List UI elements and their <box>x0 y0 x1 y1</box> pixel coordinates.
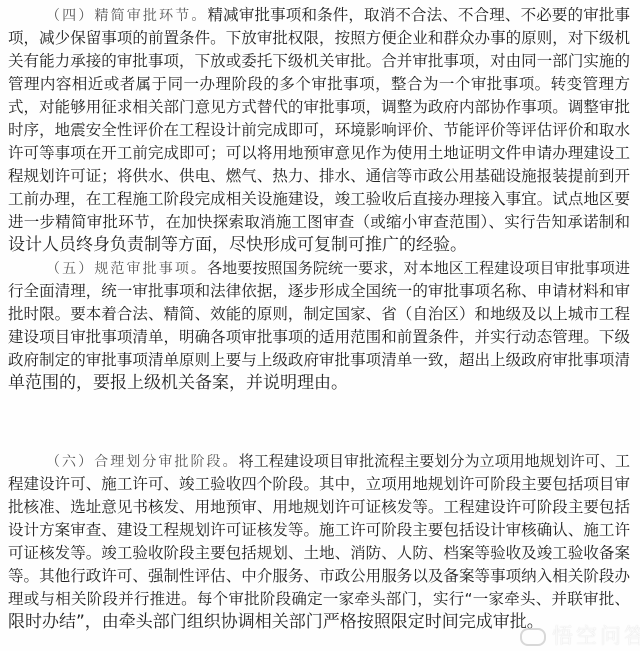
paragraph-4-line-5: 式，对能够用征求相关部门意见方式替代的审批事项，调整为政府内部协作事项。调整审批 <box>8 96 630 118</box>
paragraph-4-line-7: 许可等事项在开工前完成即可；可以将用地预审意见作为使用土地证明文件申请办理建设工 <box>8 142 630 164</box>
paragraph-4-line-4: 管理内容相近或者属于同一办理阶段的多个审批事项，整合为一个审批事项。转变管理方 <box>8 73 630 95</box>
paragraph-5-line-4: 建设项目审批事项清单，明确各项审批事项的适用范围和前置条件，并实行动态管理。下级 <box>8 326 630 348</box>
paragraph-5-heading: （五）规范审批事项。 <box>46 261 207 277</box>
paragraph-6-line-5: 可证核发等。竣工验收阶段主要包括规划、土地、消防、人防、档案等验收及竣工验收备案 <box>8 542 630 564</box>
paragraph-6-line-6: 等。其他行政许可、强制性评估、中介服务、市政公用服务以及备案等事项纳入相关阶段办 <box>8 565 630 587</box>
watermark-logo-icon <box>520 628 546 646</box>
watermark: 悟空问答 <box>520 620 640 650</box>
paragraph-6-line-2: 程建设许可、施工许可、竣工验收四个阶段。其中，立项用地规划许可阶段主要包括项目审 <box>8 473 630 495</box>
paragraph-6-line-4: 设计方案审查、建设工程规划许可证核发等。施工许可阶段主要包括设计审核确认、施工许 <box>8 519 630 541</box>
paragraph-6-heading: （六）合理划分审批阶段。 <box>46 454 239 470</box>
paragraph-4-line-6: 时序，地震安全性评价在工程设计前完成即可，环境影响评价、节能评价等评估评价和取水 <box>8 119 630 141</box>
paragraph-5-line-1: （五）规范审批事项。各地要按照国务院统一要求，对本地区工程建设项目审批事项进 <box>46 257 630 279</box>
paragraph-4-line-2: 项，减少保留事项的前置条件。下放审批权限，按照方便企业和群众办事的原则，对下级机 <box>8 27 630 49</box>
paragraph-4-heading: （四）精简审批环节。 <box>46 8 208 24</box>
paragraph-5-line-3: 批时限。要本着合法、精简、效能的原则，制定国家、省（自治区）和地级及以上城市工程 <box>8 303 630 325</box>
paragraph-4-line-11: 设计人员终身负责制等方面，尽快形成可复制可推广的经验。 <box>8 234 630 256</box>
paragraph-4-line-3: 关有能力承接的审批事项，下放或委托下级机关审批。合并审批事项，对由同一部门实施的 <box>8 50 630 72</box>
paragraph-6-line-7: 理或与相关阶段并行推进。每个审批阶段确定一家牵头部门，实行“一家牵头、并联审批、 <box>8 588 630 610</box>
paragraph-6-line-1: （六）合理划分审批阶段。将工程建设项目审批流程主要划分为立项用地规划许可、工 <box>46 450 630 472</box>
paragraph-5-line-5: 政府制定的审批事项清单原则上要与上级政府审批事项清单一致，超出上级政府审批事项清 <box>8 349 630 371</box>
paragraph-4-line-8: 程规划许可证；将供水、供电、燃气、热力、排水、通信等市政公用基础设施报装提前到开 <box>8 165 630 187</box>
paragraph-5-line-2: 行全面清理，统一审批事项和法律依据，逐步形成全国统一的审批事项名称、申请材料和审 <box>8 280 630 302</box>
paragraph-4-line-10: 进一步精简审批环节，在加快探索取消施工图审查（或缩小审查范围）、实行告知承诺制和 <box>8 211 630 233</box>
paragraph-4-line-9: 工前办理，在工程施工阶段完成相关设施建设，竣工验收后直接办理接入事宜。试点地区要 <box>8 188 630 210</box>
paragraph-5-line-6: 单范围的，要报上级机关备案，并说明理由。 <box>8 372 630 394</box>
document-page: （四）精简审批环节。精减审批事项和条件，取消不合法、不合理、不必要的审批事 项，… <box>0 0 640 651</box>
paragraph-6-line-3: 批核准、选址意见书核发、用地预审、用地规划许可证核发等。工程建设许可阶段主要包括 <box>8 496 630 518</box>
paragraph-4-line-1: （四）精简审批环节。精减审批事项和条件，取消不合法、不合理、不必要的审批事 <box>46 4 630 26</box>
